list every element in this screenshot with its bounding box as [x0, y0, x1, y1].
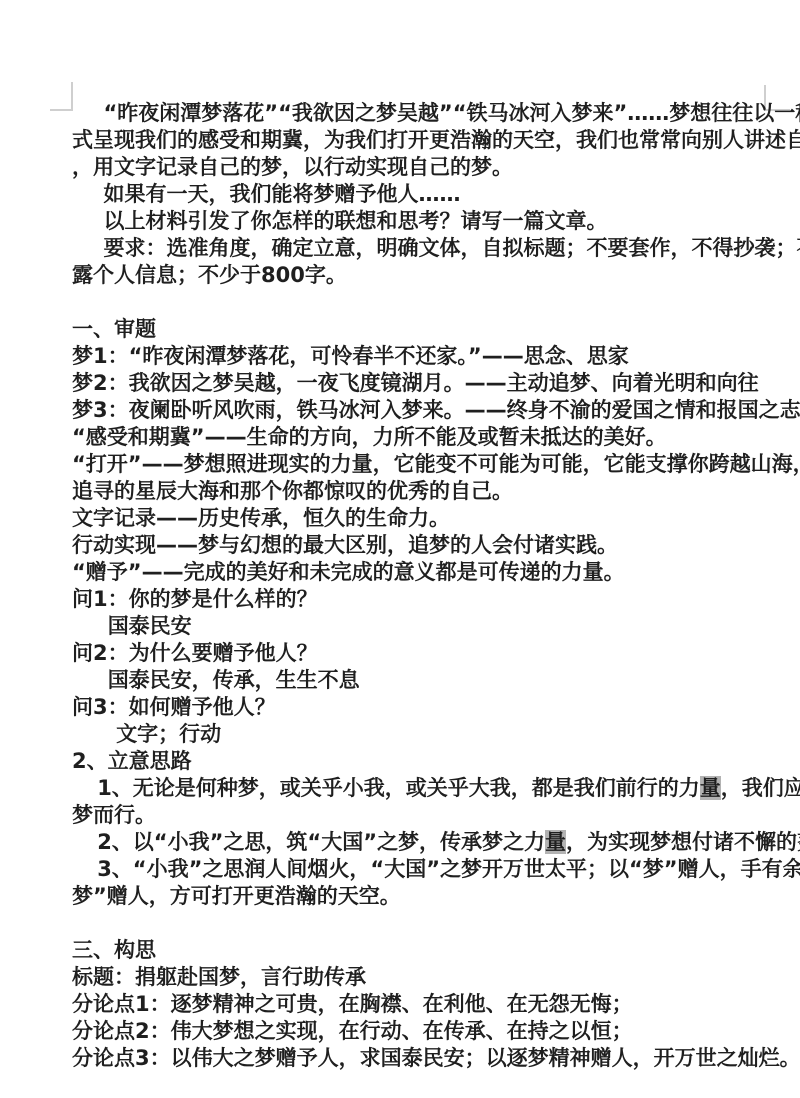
- document-line: “感受和期冀”——生命的方向，力所不能及或暂未抵达的美好。: [72, 424, 772, 451]
- document-page: “昨夜闲潭梦落花”“我欲因之梦吴越”“铁马冰河入梦来”……梦想往往以一种独特的方…: [0, 0, 800, 1098]
- document-line: 梦”赠人，方可打开更浩瀚的天空。: [72, 883, 772, 910]
- document-line: 分论点2：伟大梦想之实现，在行动、在传承、在持之以恒；: [72, 1018, 772, 1045]
- document-line: 如果有一天，我们能将梦赠予他人……: [72, 181, 772, 208]
- margin-crop-mark-left: [50, 82, 73, 111]
- document-line: 2、以“小我”之思，筑“大国”之梦，传承梦之力量，为实现梦想付诸不懈的努力。: [72, 829, 772, 856]
- document-line: 问2：为什么要赠予他人？: [72, 640, 772, 667]
- document-line: 标题：捐躯赴国梦，言行助传承: [72, 964, 772, 991]
- document-line: 问3：如何赠予他人？: [72, 694, 772, 721]
- document-line: 分论点1：逐梦精神之可贵，在胸襟、在利他、在无怨无悔；: [72, 991, 772, 1018]
- document-line: 问1：你的梦是什么样的？: [72, 586, 772, 613]
- document-line: 式呈现我们的感受和期冀，为我们打开更浩瀚的天空，我们也常常向别人讲述自己的梦: [72, 127, 772, 154]
- blank-line: [72, 289, 772, 316]
- document-line: 3、“小我”之思润人间烟火，“大国”之梦开万世太平；以“梦”赠人，手有余香；以“: [72, 856, 772, 883]
- document-line: 追寻的星辰大海和那个你都惊叹的优秀的自己。: [72, 478, 772, 505]
- document-line: 以上材料引发了你怎样的联想和思考？请写一篇文章。: [72, 208, 772, 235]
- document-line: 国泰民安: [72, 613, 772, 640]
- document-line: 行动实现——梦与幻想的最大区别，追梦的人会付诸实践。: [72, 532, 772, 559]
- document-line: 梦1：“昨夜闲潭梦落花，可怜春半不还家。”——思念、思家: [72, 343, 772, 370]
- document-line: “昨夜闲潭梦落花”“我欲因之梦吴越”“铁马冰河入梦来”……梦想往往以一种独特的方: [72, 100, 772, 127]
- text-segment: 2、以“小我”之思，筑“大国”之梦，传承梦之力: [97, 830, 545, 854]
- text-segment: ，为实现梦想付诸不懈的努力。: [566, 830, 800, 854]
- text-area: “昨夜闲潭梦落花”“我欲因之梦吴越”“铁马冰河入梦来”……梦想往往以一种独特的方…: [72, 100, 772, 1072]
- document-line: 露个人信息；不少于800字。: [72, 262, 772, 289]
- document-line: 梦而行。: [72, 802, 772, 829]
- document-line: 一、审题: [72, 316, 772, 343]
- document-line: 三、构思: [72, 937, 772, 964]
- document-line: 梦2：我欲因之梦吴越，一夜飞度镜湖月。——主动追梦、向着光明和向往: [72, 370, 772, 397]
- document-line: 文字记录——历史传承，恒久的生命力。: [72, 505, 772, 532]
- document-line: “打开”——梦想照进现实的力量，它能变不可能为可能，它能支撑你跨越山海，遇见你: [72, 451, 772, 478]
- document-line: ，用文字记录自己的梦，以行动实现自己的梦。: [72, 154, 772, 181]
- highlighted-char: 量: [545, 830, 566, 854]
- document-line: 1、无论是何种梦，或关乎小我，或关乎大我，都是我们前行的力量，我们应当逐: [72, 775, 772, 802]
- document-line: “赠予”——完成的美好和未完成的意义都是可传递的力量。: [72, 559, 772, 586]
- document-line: 梦3：夜阑卧听风吹雨，铁马冰河入梦来。——终身不渝的爱国之情和报国之志。: [72, 397, 772, 424]
- text-segment: 1、无论是何种梦，或关乎小我，或关乎大我，都是我们前行的力: [97, 776, 700, 800]
- document-line: 文字；行动: [72, 721, 772, 748]
- blank-line: [72, 910, 772, 937]
- document-line: 要求：选准角度，确定立意，明确文体，自拟标题；不要套作，不得抄袭；不得泄: [72, 235, 772, 262]
- text-segment: ，我们应当逐: [721, 776, 800, 800]
- document-line: 2、立意思路: [72, 748, 772, 775]
- document-line: 分论点3：以伟大之梦赠予人，求国泰民安；以逐梦精神赠人，开万世之灿烂。: [72, 1045, 772, 1072]
- page: { "page": { "background": "#ffffff", "te…: [0, 0, 800, 1098]
- document-line: 国泰民安，传承，生生不息: [72, 667, 772, 694]
- highlighted-char: 量: [700, 776, 721, 800]
